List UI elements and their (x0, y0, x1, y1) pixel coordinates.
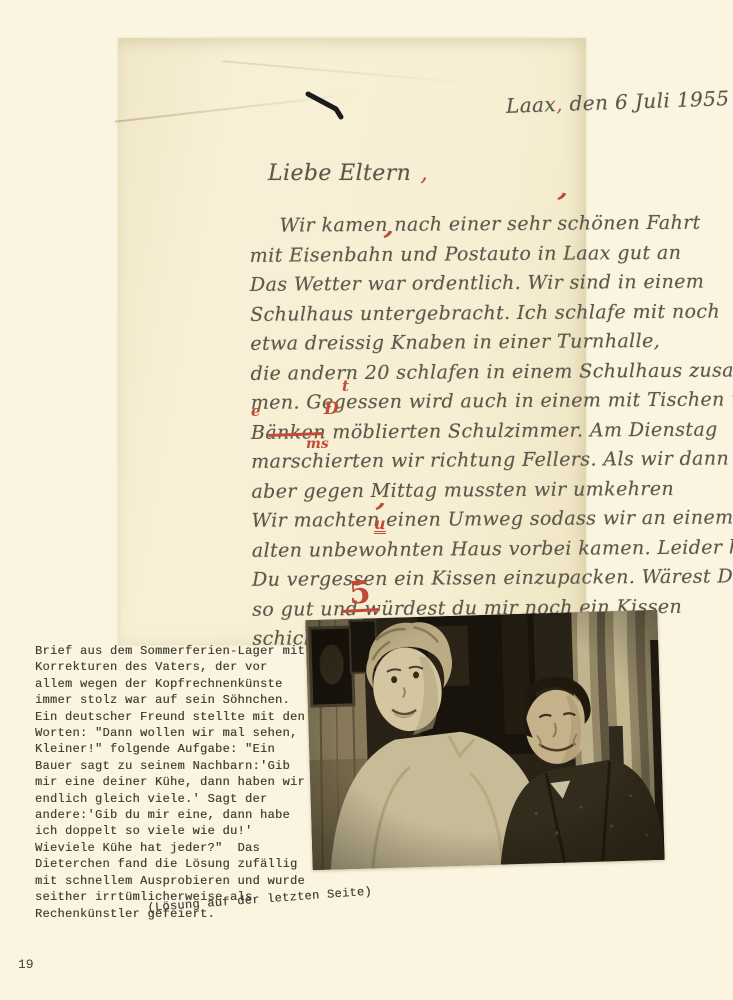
caption-line: Ein deutscher Freund stellte mit den (35, 709, 305, 725)
correction-insert-d: D (324, 399, 339, 419)
letter-date-place: Laax (506, 92, 557, 118)
correction-grade-mark: 5 (348, 574, 372, 611)
caption-line: Wieviele Kühe hat jeder?" Das (35, 840, 305, 856)
letter-line: mit Eisenbahn und Postauto in Laax gut a… (250, 238, 733, 271)
correction-comma: , (420, 158, 428, 186)
caption-line: Dieterchen fand die Lösung zufällig (35, 856, 305, 872)
caption-line: Bauer sagt zu seinem Nachbarn:'Gib (35, 758, 305, 774)
caption-line: allem wegen der Kopfrechnenkünste (35, 676, 305, 692)
caption-line: Kleiner!" folgende Aufgabe: "Ein (35, 741, 305, 757)
caption-line: Korrekturen des Vaters, der vor (35, 659, 305, 675)
letter-line: Du vergessen ein Kissen einzupacken. Wär… (252, 562, 733, 595)
correction-insert-e: e (251, 402, 261, 420)
caption-line: mir eine deiner Kühe, dann haben wir (35, 774, 305, 790)
caption-line: ich doppelt so viele wie du!' (35, 823, 305, 839)
letter-date-rest: den 6 Juli 1955 (562, 86, 729, 116)
caption-line: andere:'Gib du mir eine, dann habe (35, 807, 305, 823)
letter-line: die andern 20 schlafen in einem Schulhau… (250, 356, 733, 389)
letter-line: Schulhaus untergebracht. Ich schlafe mit… (250, 297, 733, 330)
letter-line: Das Wetter war ordentlich. Wir sind in e… (250, 267, 733, 300)
letter-line: Wir machten einen Umweg sodass wir an ei… (252, 503, 733, 536)
letter-line: etwa dreissig Knaben in einer Turnhalle, (250, 326, 733, 359)
correction-insert-u: u (374, 516, 386, 534)
letter-salutation: Liebe Eltern, (268, 158, 428, 186)
page-number: 19 (18, 957, 34, 972)
caption-line: Worten: "Dann wollen wir mal sehen, (35, 725, 305, 741)
letter-scan: Laax, den 6 Juli 1955 Liebe Eltern, Wir … (118, 38, 586, 645)
caption-line: immer stolz war auf sein Söhnchen. (35, 692, 305, 708)
paper-crease (115, 83, 443, 122)
correction-insert-ms: ms (306, 436, 329, 452)
salutation-text: Liebe Eltern (268, 161, 411, 186)
caption-line: mit schnellem Ausprobieren und wurde (35, 873, 305, 889)
letter-line: aber gegen Mittag mussten wir umkehren (251, 474, 733, 507)
pen-mark-icon (304, 86, 352, 122)
photo-illustration (305, 610, 664, 870)
correction-insert-t: t (342, 377, 349, 395)
letter-date: Laax, den 6 Juli 1955 (506, 86, 730, 118)
paper-crease (223, 60, 582, 93)
photograph (305, 610, 664, 870)
caption-line: endlich gleich viele.' Sagt der (35, 791, 305, 807)
letter-line: Wir kamen nach einer sehr schönen Fahrt (249, 208, 733, 241)
caption-text: Brief aus dem Sommerferien-Lager mit Kor… (35, 643, 305, 922)
caption-line: Brief aus dem Sommerferien-Lager mit (35, 643, 305, 659)
letter-line: alten unbewohnten Haus vorbei kamen. Lei… (252, 533, 733, 566)
